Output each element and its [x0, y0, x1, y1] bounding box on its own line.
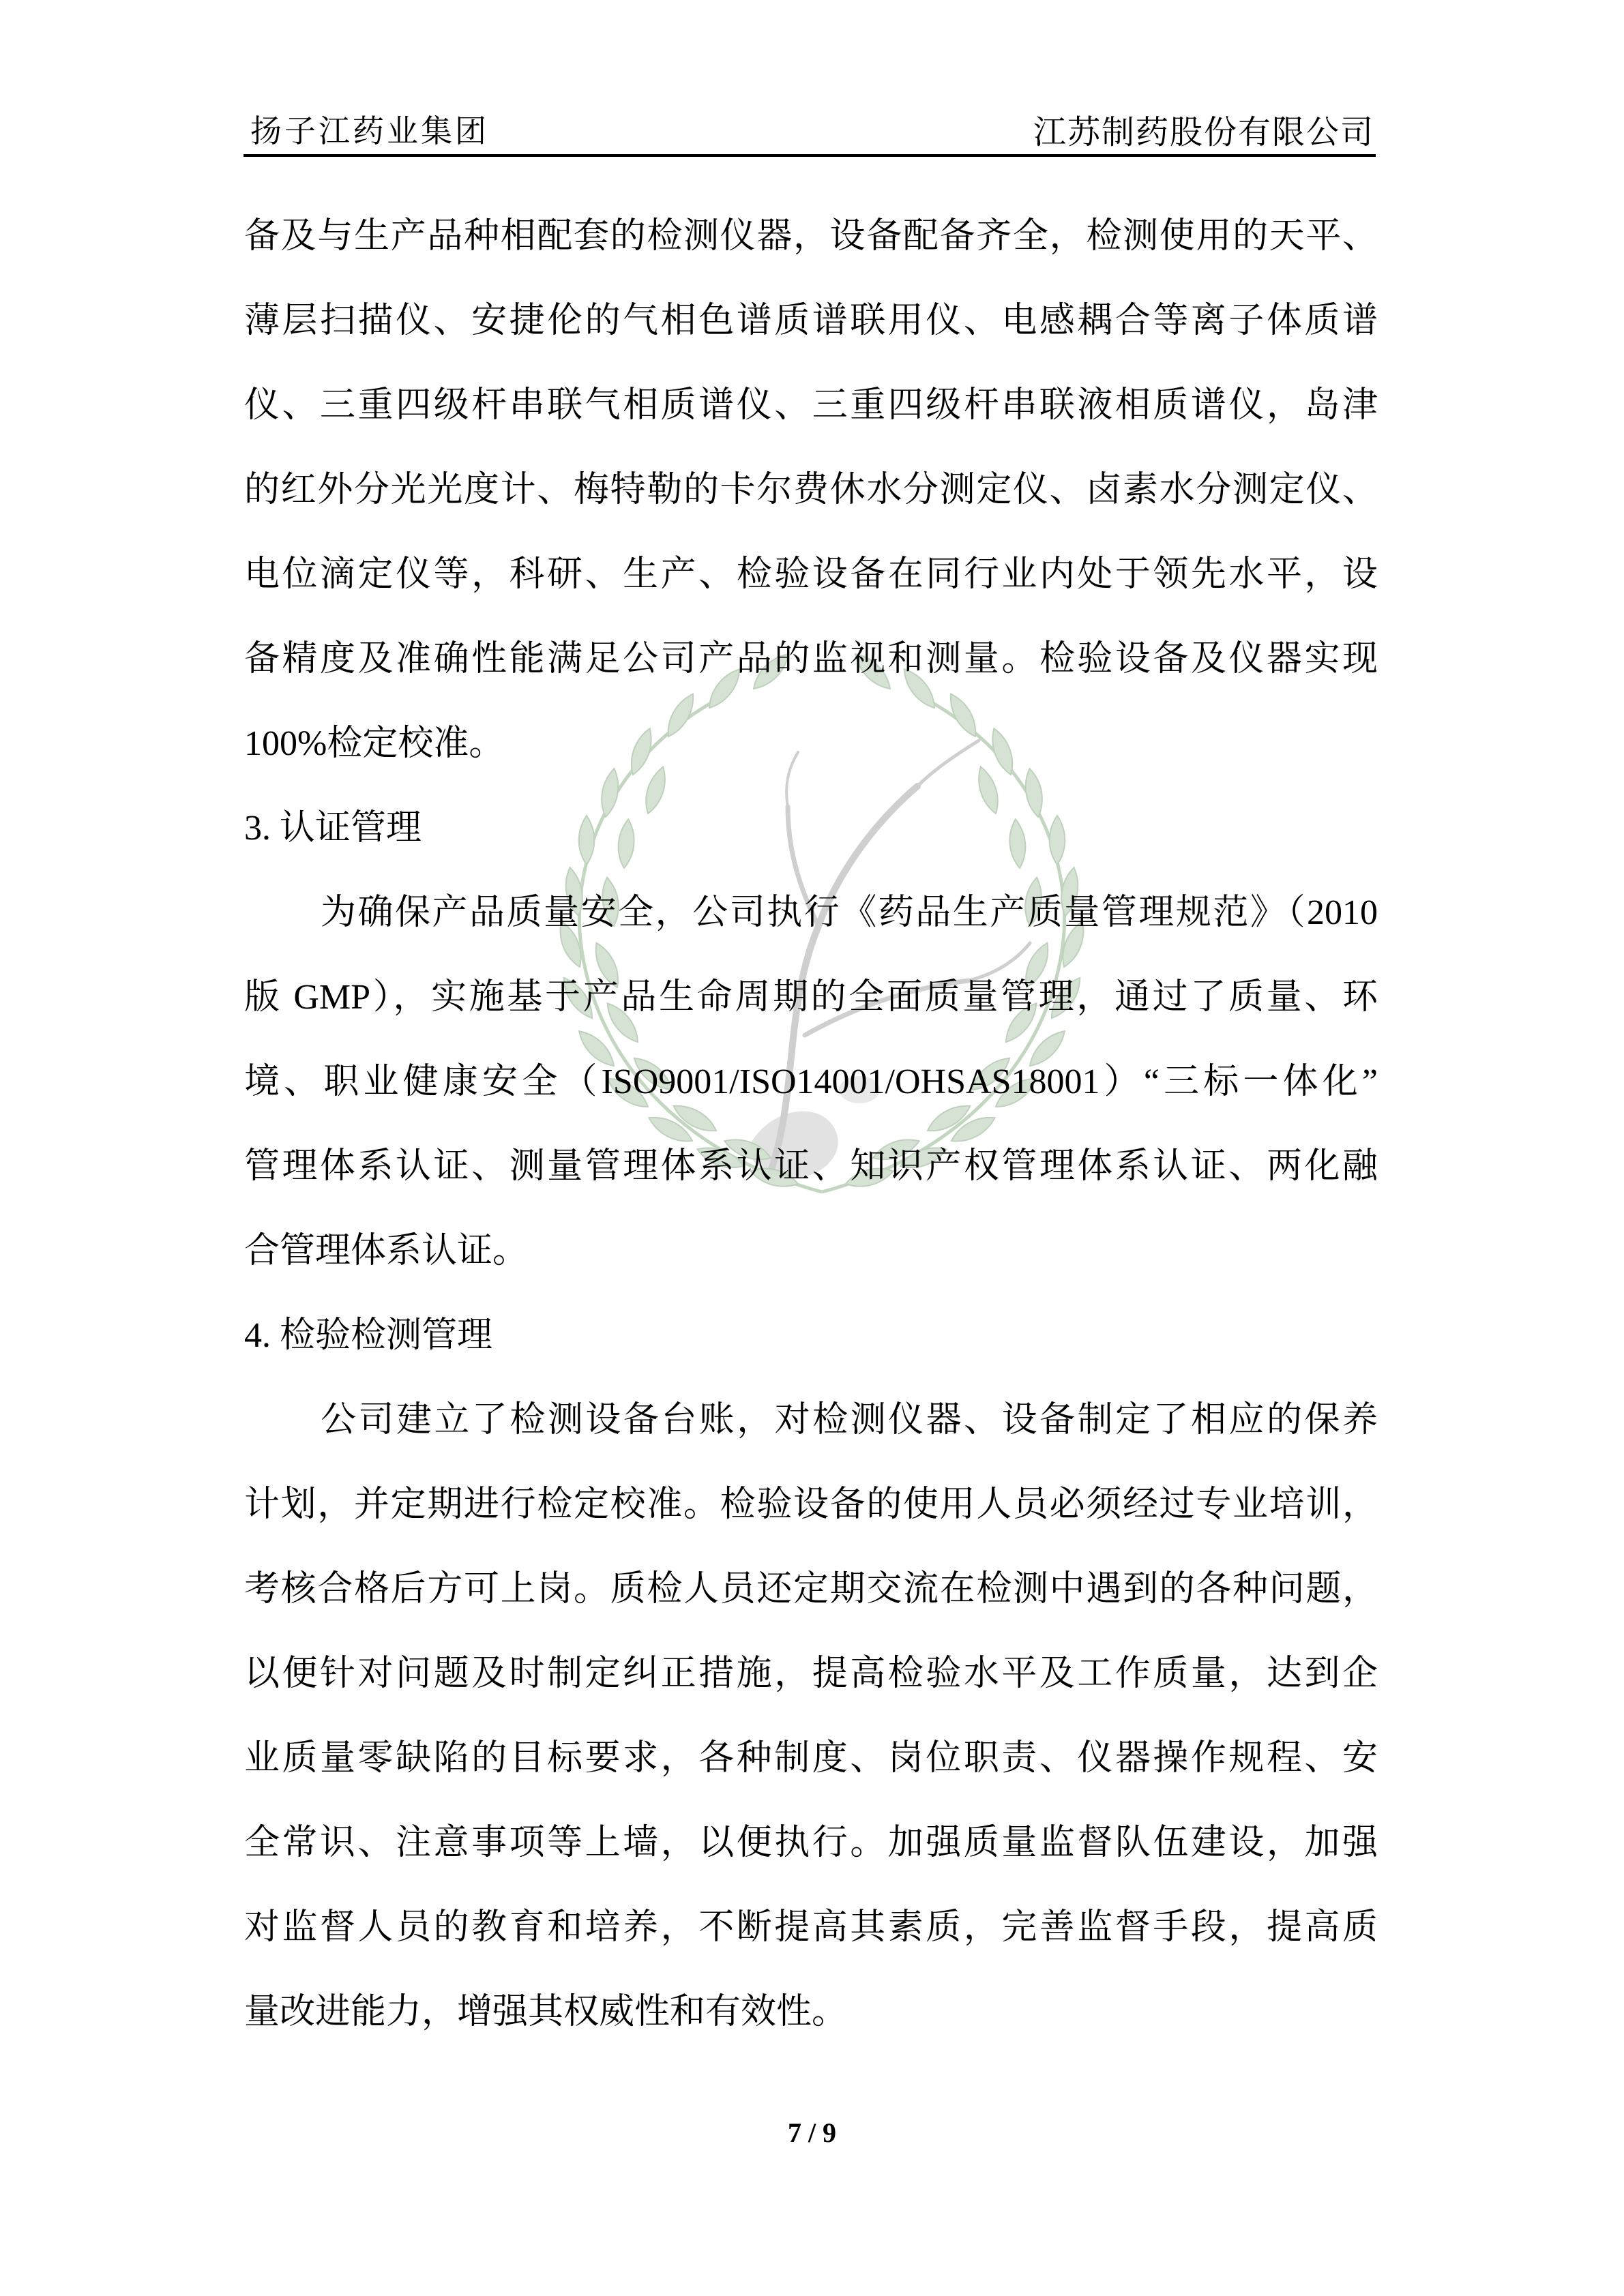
body-line: 薄层扫描仪、安捷伦的气相色谱质谱联用仪、电感耦合等离子体质谱: [244, 279, 1378, 363]
body-line: 境、职业健康安全（ISO9001/ISO14001/OHSAS18001）“三标…: [244, 1040, 1378, 1124]
header-company-subsidiary: 江苏制药股份有限公司: [1033, 106, 1374, 153]
body-line: 计划，并定期进行检定校准。检验设备的使用人员必须经过专业培训，: [244, 1463, 1378, 1547]
page-number: 7 / 9: [788, 2117, 836, 2148]
body-line: 合管理体系认证。: [244, 1209, 1378, 1294]
body-line: 备及与生产品种相配套的检测仪器，设备配备齐全，检测使用的天平、: [244, 194, 1378, 279]
body-line: 业质量零缺陷的目标要求，各种制度、岗位职责、仪器操作规程、安: [244, 1716, 1378, 1801]
section-heading-certification: 3. 认证管理: [244, 786, 1378, 871]
section-heading-inspection: 4. 检验检测管理: [244, 1294, 1378, 1378]
document-body: 备及与生产品种相配套的检测仪器，设备配备齐全，检测使用的天平、 薄层扫描仪、安捷…: [244, 194, 1378, 2055]
body-line: 仪、三重四级杆串联气相质谱仪、三重四级杆串联液相质谱仪，岛津: [244, 363, 1378, 448]
page-footer: 7 / 9: [0, 2117, 1624, 2149]
body-line: 的红外分光光度计、梅特勒的卡尔费休水分测定仪、卤素水分测定仪、: [244, 448, 1378, 533]
body-line: 以便针对问题及时制定纠正措施，提高检验水平及工作质量，达到企: [244, 1632, 1378, 1716]
body-line: 100%检定校准。: [244, 702, 1378, 786]
header-company-group: 扬子江药业集团: [250, 106, 489, 151]
body-line: 版 GMP），实施基于产品生命周期的全面质量管理，通过了质量、环: [244, 955, 1378, 1040]
body-line: 电位滴定仪等，科研、生产、检验设备在同行业内处于领先水平，设: [244, 533, 1378, 617]
body-line: 备精度及准确性能满足公司产品的监视和测量。检验设备及仪器实现: [244, 617, 1378, 702]
page-header: 扬子江药业集团 江苏制药股份有限公司: [243, 108, 1376, 157]
body-line: 对监督人员的教育和培养，不断提高其素质，完善监督手段，提高质: [244, 1885, 1378, 1970]
body-line: 为确保产品质量安全，公司执行《药品生产质量管理规范》（2010: [244, 871, 1378, 955]
body-line: 量改进能力，增强其权威性和有效性。: [244, 1970, 1378, 2055]
body-line: 管理体系认证、测量管理体系认证、知识产权管理体系认证、两化融: [244, 1124, 1378, 1209]
body-line: 考核合格后方可上岗。质检人员还定期交流在检测中遇到的各种问题，: [244, 1547, 1378, 1632]
body-line: 全常识、注意事项等上墙，以便执行。加强质量监督队伍建设，加强: [244, 1801, 1378, 1885]
body-line: 公司建立了检测设备台账，对检测仪器、设备制定了相应的保养: [244, 1378, 1378, 1463]
